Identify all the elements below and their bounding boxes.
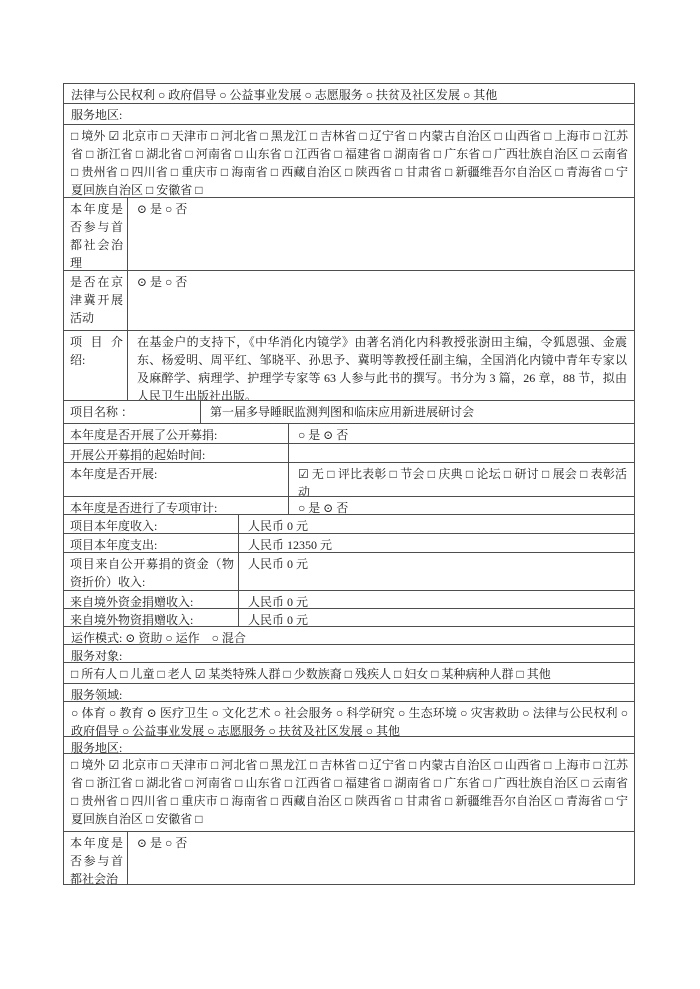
operation-mode-row: 运作模式: ⊙ 资助 ○ 运作 ○ 混合 [64,627,634,645]
capital-governance-row: 本年度是否参与首都社会治理 ⊙ 是 ○ 否 [64,198,634,271]
service-region-checkbox-list[interactable]: □ 境外 ☑ 北京市 □ 天津市 □ 河北省 □ 黑龙江 □ 吉林省 □ 辽宁省… [64,125,634,197]
service-field-options-continued-row: 法律与公民权利 ○ 政府倡导 ○ 公益事业发展 ○ 志愿服务 ○ 扶贫及社区发展… [64,84,634,104]
capital-governance-radio-group[interactable]: ⊙ 是 ○ 否 [128,198,634,270]
service-region2-label: 服务地区: [64,737,634,753]
service-field-options-row: ○ 体育 ○ 教育 ⊙ 医疗卫生 ○ 文化艺术 ○ 社会服务 ○ 科学研究 ○ … [64,702,634,737]
service-target-checkbox-list[interactable]: □ 所有人 □ 儿童 □ 老人 ☑ 某类特殊人群 □ 少数族裔 □ 残疾人 □ … [64,663,634,683]
service-region2-label-row: 服务地区: [64,737,634,754]
fundraising-start-time-field [289,444,634,462]
service-region-label: 服务地区: [64,104,634,124]
jingjinji-activity-radio-group[interactable]: ⊙ 是 ○ 否 [128,271,634,330]
annual-expense-row: 项目本年度支出: 人民币 12350 元 [64,534,634,553]
service-region2-options-row: □ 境外 ☑ 北京市 □ 天津市 □ 河北省 □ 黑龙江 □ 吉林省 □ 辽宁省… [64,754,634,832]
public-fundraising-label: 本年度是否开展了公开募捐: [64,424,289,443]
overseas-goods-income-label: 来自境外物资捐赠收入: [64,609,239,626]
service-region-options-row: □ 境外 ☑ 北京市 □ 天津市 □ 河北省 □ 黑龙江 □ 吉林省 □ 辽宁省… [64,125,634,198]
capital-governance2-row: 本年度是否参与首都社会治 ⊙ 是 ○ 否 [64,832,634,885]
service-field-radio-list[interactable]: ○ 体育 ○ 教育 ⊙ 医疗卫生 ○ 文化艺术 ○ 社会服务 ○ 科学研究 ○ … [64,702,634,736]
public-fundraising-income-label: 项目来自公开募捐的资金（物资折价）收入: [64,553,239,590]
project-report-form-table: 法律与公民权利 ○ 政府倡导 ○ 公益事业发展 ○ 志愿服务 ○ 扶贫及社区发展… [63,83,635,885]
service-field-label: 服务领域: [64,684,634,701]
service-target-label-row: 服务对象: [64,645,634,663]
annual-expense-label: 项目本年度支出: [64,534,239,552]
annual-expense-amount: 人民币 12350 元 [239,534,634,552]
jingjinji-activity-row: 是否在京津冀开展活动 ⊙ 是 ○ 否 [64,271,634,331]
annual-income-row: 项目本年度收入: 人民币 0 元 [64,515,634,534]
special-audit-row: 本年度是否进行了专项审计: ○ 是 ⊙ 否 [64,497,634,515]
overseas-goods-income-row: 来自境外物资捐赠收入: 人民币 0 元 [64,609,634,627]
service-region2-checkbox-list[interactable]: □ 境外 ☑ 北京市 □ 天津市 □ 河北省 □ 黑龙江 □ 吉林省 □ 辽宁省… [64,754,634,831]
service-field-options-continued[interactable]: 法律与公民权利 ○ 政府倡导 ○ 公益事业发展 ○ 志愿服务 ○ 扶贫及社区发展… [64,84,634,103]
service-target-label: 服务对象: [64,645,634,662]
project-intro-row: 项 目 介 绍: 在基金户的支持下，《中华消化内镜学》由著名消化内科教授张澍田主… [64,331,634,401]
capital-governance-label: 本年度是否参与首都社会治理 [64,198,128,270]
jingjinji-activity-label: 是否在京津冀开展活动 [64,271,128,330]
operation-mode-radio-group[interactable]: 运作模式: ⊙ 资助 ○ 运作 ○ 混合 [64,627,634,644]
public-fundraising-radio-group[interactable]: ○ 是 ⊙ 否 [289,424,634,443]
public-fundraising-row: 本年度是否开展了公开募捐: ○ 是 ⊙ 否 [64,424,634,444]
project-name-label: 项目名称 ： [64,401,201,423]
annual-report-document-page: 法律与公民权利 ○ 政府倡导 ○ 公益事业发展 ○ 志愿服务 ○ 扶贫及社区发展… [0,0,700,989]
events-held-row: 本年度是否开展: ☑ 无 □ 评比表彰 □ 节会 □ 庆典 □ 论坛 □ 研讨 … [64,463,634,497]
overseas-goods-income-amount: 人民币 0 元 [239,609,634,626]
project-name-text: 第一届多导睡眠监测判图和临床应用新进展研讨会 [201,401,634,423]
project-intro-label: 项 目 介 绍: [64,331,128,400]
service-target-options-row: □ 所有人 □ 儿童 □ 老人 ☑ 某类特殊人群 □ 少数族裔 □ 残疾人 □ … [64,663,634,684]
annual-income-amount: 人民币 0 元 [239,515,634,533]
annual-income-label: 项目本年度收入: [64,515,239,533]
events-held-checkbox-list[interactable]: ☑ 无 □ 评比表彰 □ 节会 □ 庆典 □ 论坛 □ 研讨 □ 展会 □ 表彰… [289,463,634,496]
public-fundraising-income-amount: 人民币 0 元 [239,553,634,590]
service-region-label-row: 服务地区: [64,104,634,125]
events-held-label: 本年度是否开展: [64,463,289,496]
capital-governance2-radio-group[interactable]: ⊙ 是 ○ 否 [128,832,634,885]
capital-governance2-label: 本年度是否参与首都社会治 [64,832,128,885]
project-intro-text: 在基金户的支持下，《中华消化内镜学》由著名消化内科教授张澍田主编，令狐恩强、金震… [128,331,634,400]
public-fundraising-income-row: 项目来自公开募捐的资金（物资折价）收入: 人民币 0 元 [64,553,634,591]
project-name-row: 项目名称 ： 第一届多导睡眠监测判图和临床应用新进展研讨会 [64,401,634,424]
fundraising-start-time-label: 开展公开募捐的起始时间: [64,444,289,462]
fundraising-start-time-row: 开展公开募捐的起始时间: [64,444,634,463]
service-field-label-row: 服务领域: [64,684,634,702]
overseas-fund-income-row: 来自境外资金捐赠收入: 人民币 0 元 [64,591,634,609]
overseas-fund-income-amount: 人民币 0 元 [239,591,634,608]
special-audit-radio-group[interactable]: ○ 是 ⊙ 否 [289,497,634,514]
special-audit-label: 本年度是否进行了专项审计: [64,497,289,514]
overseas-fund-income-label: 来自境外资金捐赠收入: [64,591,239,608]
